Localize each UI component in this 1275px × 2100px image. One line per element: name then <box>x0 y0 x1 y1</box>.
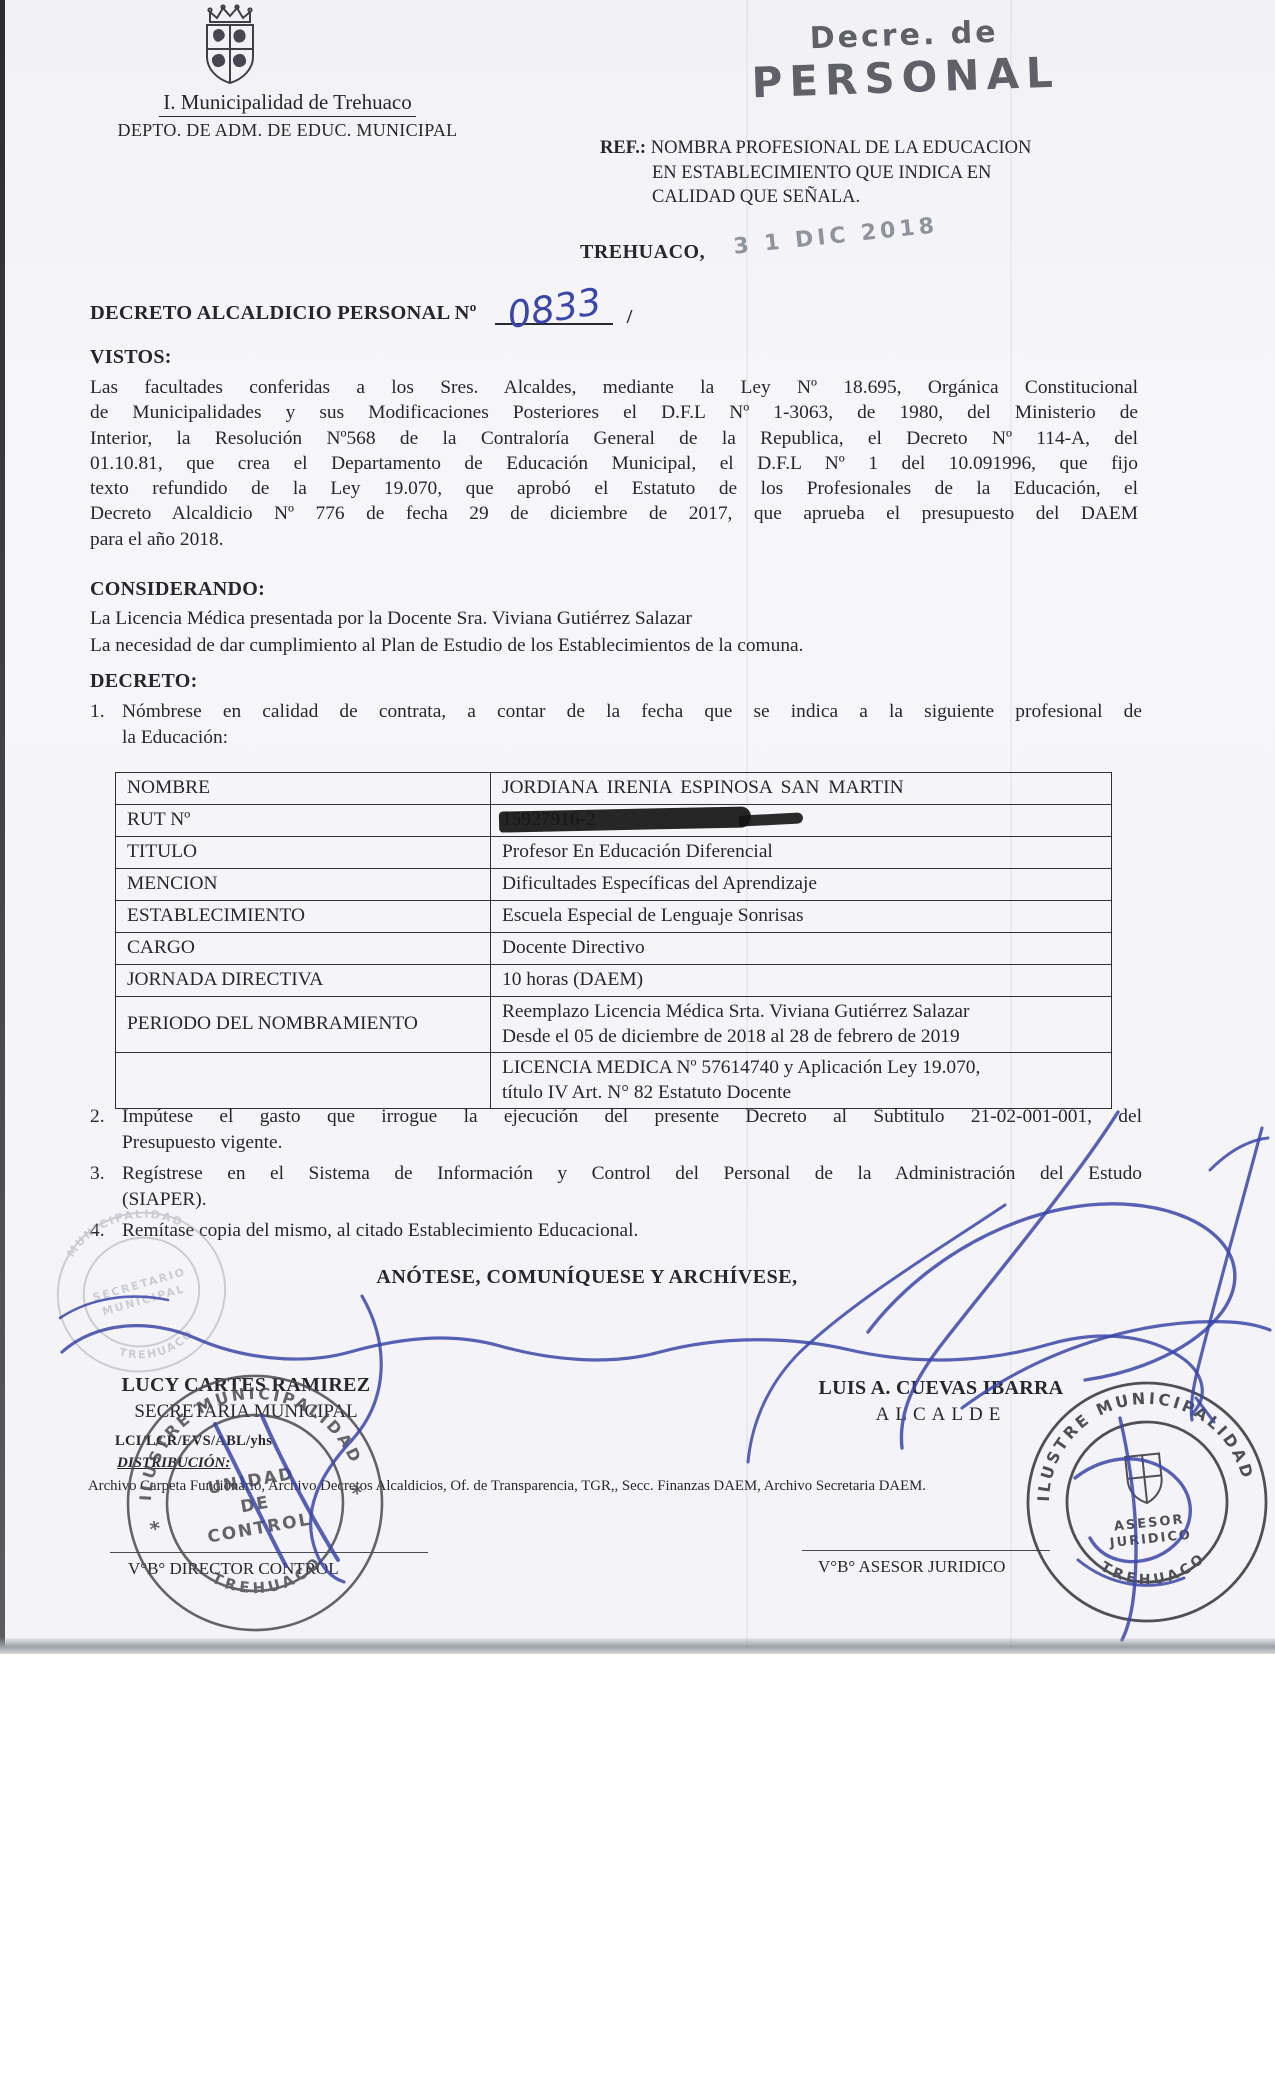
vistos-line: de Municipalidades y sus Modificaciones … <box>90 400 1138 425</box>
scanned-decree-page: I. Municipalidad de Trehuaco DEPTO. DE A… <box>0 0 1275 2100</box>
decree-number-handwritten: 0833 <box>505 286 603 332</box>
municipal-crest-icon <box>188 3 272 91</box>
row-value-line: Desde el 05 de diciembre de 2018 al 28 d… <box>502 1024 1100 1049</box>
row-value: Dificultades Específicas del Aprendizaje <box>491 869 1112 901</box>
table-row: PERIODO DEL NOMBRAMIENTO Reemplazo Licen… <box>116 997 1112 1053</box>
letterhead: I. Municipalidad de Trehuaco DEPTO. DE A… <box>95 90 480 141</box>
decreto-item-1: 1. Nómbrese en calidad de contrata, a co… <box>90 699 1142 750</box>
svg-text:TREHUACO: TREHUACO <box>1096 1548 1212 1594</box>
row-label: MENCION <box>116 869 491 901</box>
decree-number-line: DECRETO ALCALDICIO PERSONAL Nº 0833 / <box>90 290 632 325</box>
row-label: PERIODO DEL NOMBRAMIENTO <box>116 997 491 1053</box>
decreto-item-3: 3. Regístrese en el Sistema de Informaci… <box>90 1161 1142 1212</box>
vistos-line: Interior, la Resolución Nº568 de la Cont… <box>90 426 1138 451</box>
department-name: DEPTO. DE ADM. DE EDUC. MUNICIPAL <box>95 120 480 141</box>
vistos-line: texto refundido de la Ley 19.070, que ap… <box>90 476 1138 501</box>
ref-line3: CALIDAD QUE SEÑALA. <box>652 187 860 207</box>
row-label: NOMBRE <box>116 773 491 805</box>
row-label <box>116 1053 491 1109</box>
ref-label: REF.: <box>600 138 646 158</box>
decree-number-slash: / <box>627 306 633 329</box>
personal-stamp: Decre. de PERSONAL <box>749 13 1062 108</box>
page-bottom-shadow <box>0 1638 1275 1654</box>
decreto-item-2: 2. Impútese el gasto que irrogue la ejec… <box>90 1104 1142 1155</box>
scan-edge <box>0 0 5 1646</box>
row-value-line: LICENCIA MEDICA Nº 57614740 y Aplicación… <box>502 1055 1100 1080</box>
ref-line2: EN ESTABLECIMIENTO QUE INDICA EN <box>652 163 991 183</box>
row-value: JORDIANA IRENIA ESPINOSA SAN MARTIN <box>491 773 1112 805</box>
row-value-line: Reemplazo Licencia Médica Srta. Viviana … <box>502 999 1100 1024</box>
item-text-line: Impútese el gasto que irrogue la ejecuci… <box>122 1104 1142 1130</box>
table-row: JORNADA DIRECTIVA 10 horas (DAEM) <box>116 965 1112 997</box>
decree-number-label: DECRETO ALCALDICIO PERSONAL Nº <box>90 302 477 325</box>
row-label: TITULO <box>116 837 491 869</box>
decreto-item-4: 4. Remítase copia del mismo, al citado E… <box>90 1218 1142 1244</box>
svg-text:UNIDAD: UNIDAD <box>206 1464 296 1499</box>
row-label: RUT Nº <box>116 805 491 837</box>
decree-number-slot: 0833 <box>495 290 613 325</box>
decreto-section: DECRETO: 1. Nómbrese en calidad de contr… <box>90 670 1142 756</box>
svg-text:*: * <box>148 1516 163 1542</box>
vistos-section: VISTOS: Las facultades conferidas a los … <box>90 346 1138 552</box>
item-number: 3. <box>90 1161 122 1212</box>
row-value: 10 horas (DAEM) <box>491 965 1112 997</box>
scanner-background <box>0 1654 1275 2100</box>
svg-text:CONTROL: CONTROL <box>206 1510 313 1548</box>
decreto-items-2-4: 2. Impútese el gasto que irrogue la ejec… <box>90 1104 1142 1250</box>
item-number: 1. <box>90 699 122 750</box>
vb-asesor-juridico: V°B° ASESOR JURIDICO <box>818 1557 1005 1577</box>
svg-text:TREHUACO: TREHUACO <box>206 1550 330 1606</box>
decreto-heading: DECRETO: <box>90 670 1142 693</box>
table-row: RUT Nº 15927916-2 <box>116 805 1112 837</box>
item-number: 2. <box>90 1104 122 1155</box>
svg-text:*: * <box>350 1480 365 1506</box>
row-value-line: título IV Art. N° 82 Estatuto Docente <box>502 1080 1100 1105</box>
row-value: LICENCIA MEDICA Nº 57614740 y Aplicación… <box>491 1053 1112 1109</box>
svg-text:DE: DE <box>239 1493 272 1518</box>
svg-text:ILUSTRE MUNICIPALIDAD: ILUSTRE MUNICIPALIDAD <box>1023 1378 1257 1504</box>
paper-sheet: I. Municipalidad de Trehuaco DEPTO. DE A… <box>0 0 1275 1646</box>
item-text: Remítase copia del mismo, al citado Esta… <box>122 1218 1142 1244</box>
item-text-line: Regístrese en el Sistema de Información … <box>122 1161 1142 1187</box>
table-row: ESTABLECIMIENTO Escuela Especial de Leng… <box>116 901 1112 933</box>
row-value: Escuela Especial de Lenguaje Sonrisas <box>491 901 1112 933</box>
appointment-table: NOMBRE JORDIANA IRENIA ESPINOSA SAN MART… <box>115 772 1112 1109</box>
row-value: Reemplazo Licencia Médica Srta. Viviana … <box>491 997 1112 1053</box>
ref-line1: NOMBRA PROFESIONAL DE LA EDUCACION <box>651 138 1032 158</box>
table-row: NOMBRE JORDIANA IRENIA ESPINOSA SAN MART… <box>116 773 1112 805</box>
row-label: ESTABLECIMIENTO <box>116 901 491 933</box>
item-text: Impútese el gasto que irrogue la ejecuci… <box>122 1104 1142 1155</box>
item-text-line: (SIAPER). <box>122 1187 1142 1213</box>
considerando-section: CONSIDERANDO: La Licencia Médica present… <box>90 578 1138 659</box>
vistos-heading: VISTOS: <box>90 346 1138 369</box>
considerando-heading: CONSIDERANDO: <box>90 578 1138 601</box>
table-row: LICENCIA MEDICA Nº 57614740 y Aplicación… <box>116 1053 1112 1109</box>
vistos-line: Decreto Alcaldicio Nº 776 de fecha 29 de… <box>90 501 1138 526</box>
reference-block: REF.: NOMBRA PROFESIONAL DE LA EDUCACION… <box>600 136 1102 210</box>
vb-signature-line <box>802 1550 1050 1551</box>
row-value: Profesor En Educación Diferencial <box>491 837 1112 869</box>
row-value: 15927916-2 <box>491 805 1112 837</box>
considerando-line: La Licencia Médica presentada por la Doc… <box>90 605 1138 632</box>
row-value: Docente Directivo <box>491 933 1112 965</box>
svg-text:TREHUACO: TREHUACO <box>115 1325 200 1370</box>
table-row: CARGO Docente Directivo <box>116 933 1112 965</box>
municipality-name: I. Municipalidad de Trehuaco <box>159 90 415 117</box>
item-text-line: Presupuesto vigente. <box>122 1130 1142 1156</box>
item-text-line: Nómbrese en calidad de contrata, a conta… <box>122 699 1142 725</box>
item-text-line: Remítase copia del mismo, al citado Esta… <box>122 1218 1142 1244</box>
redaction-bar-tail <box>739 812 803 826</box>
control-round-stamp: ILUSTRE MUNICIPALIDAD TREHUACO * * UNIDA… <box>99 1347 412 1660</box>
item-text: Nómbrese en calidad de contrata, a conta… <box>122 699 1142 750</box>
date-stamp: 3 1 DIC 2018 <box>732 213 939 259</box>
city-dateline: TREHUACO, <box>580 241 705 264</box>
redaction-bar <box>499 806 751 832</box>
row-label: CARGO <box>116 933 491 965</box>
vistos-line: para el año 2018. <box>90 527 1138 552</box>
item-text: Regístrese en el Sistema de Información … <box>122 1161 1142 1212</box>
juridico-round-stamp: ILUSTRE MUNICIPALIDAD TREHUACO ASESOR JU… <box>1010 1365 1275 1640</box>
item-text-line: la Educación: <box>122 725 1142 751</box>
considerando-line: La necesidad de dar cumplimiento al Plan… <box>90 632 1138 659</box>
table-row: TITULO Profesor En Educación Diferencial <box>116 837 1112 869</box>
closing-formula: ANÓTESE, COMUNÍQUESE Y ARCHÍVESE, <box>327 1266 847 1289</box>
vistos-line: Las facultades conferidas a los Sres. Al… <box>90 375 1138 400</box>
personal-stamp-line2: PERSONAL <box>750 48 1062 108</box>
table-row: MENCION Dificultades Específicas del Apr… <box>116 869 1112 901</box>
vistos-line: 01.10.81, que crea el Departamento de Ed… <box>90 451 1138 476</box>
row-label: JORNADA DIRECTIVA <box>116 965 491 997</box>
